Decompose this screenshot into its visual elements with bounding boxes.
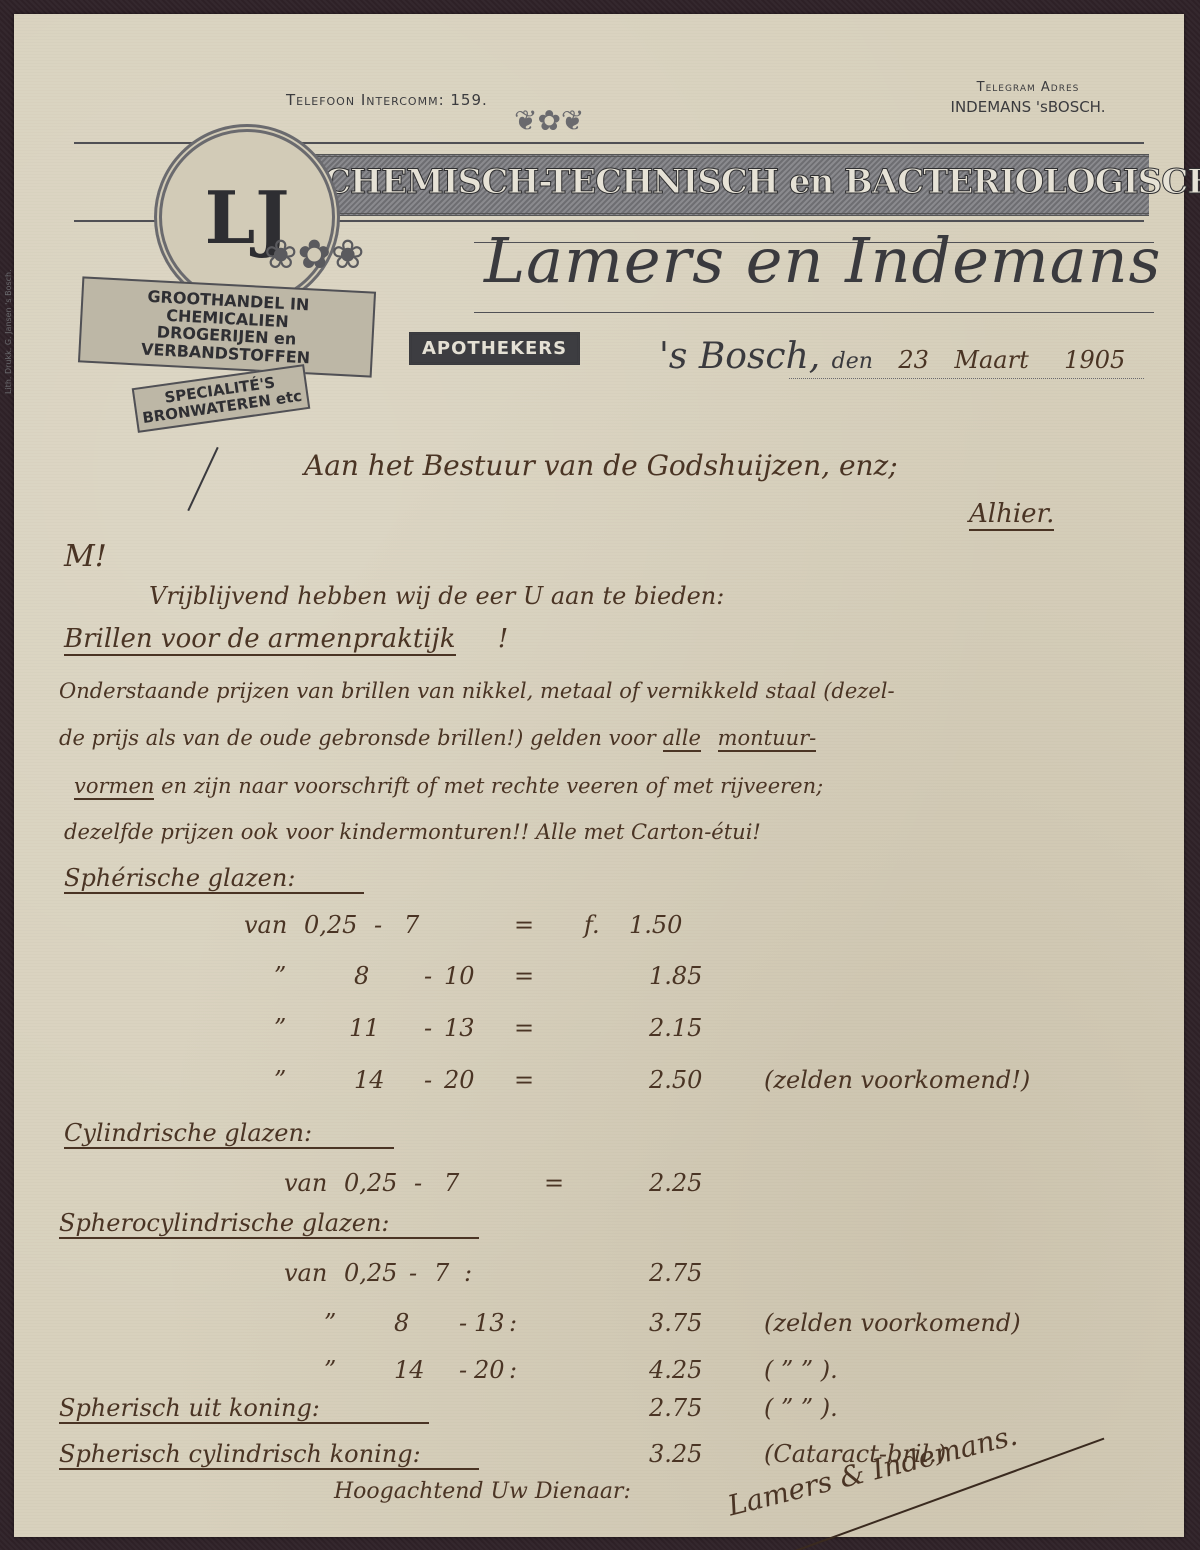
printer-credit: Lith. Drukk. G. Jansen 's Bosch. [4,269,13,394]
salutation: M! [64,539,107,574]
row-note: (zelden voorkomend) [764,1309,1021,1337]
row-to: 7 [444,1169,459,1197]
price-row: ” 8 - 13 : 3.75 (zelden voorkomend) [324,1309,336,1337]
row-price: 3.25 [649,1440,702,1468]
row-to: 20 [444,1066,475,1094]
row-price: 4.25 [649,1356,702,1384]
body-line-6: dezelfde prijzen ook voor kindermonturen… [64,820,761,844]
body-line-4-montuur: montuur- [718,726,817,752]
body-line-4: de prijs als van de oude gebronsde brill… [59,726,816,750]
section-title-cylindrisch: Cylindrische glazen: [64,1119,394,1149]
recipient-line2: Alhier. [969,499,1054,531]
price-row: 2.75 ( ” ” ). [649,1394,702,1422]
currency-symbol: f. [584,911,600,939]
row-from: 14 [354,1066,385,1094]
row-prefix: van [284,1169,327,1197]
dateline-month: Maart [954,346,1028,374]
row-prefix: van [284,1259,327,1287]
price-row: ” 8 - 10 = 1.85 [274,962,286,990]
row-prefix: ” [274,962,286,990]
body-line-3: Onderstaande prijzen van brillen van nik… [59,679,895,703]
row-prefix: ” [324,1309,336,1337]
row-to: 7 [434,1259,449,1287]
row-to: 7 [404,911,419,939]
section-title-spherisch: Sphérische glazen: [64,864,364,894]
section-title-spherisch-koning: Spherisch uit koning: [59,1394,429,1424]
letter-paper: Telefoon Intercomm: 159. Telegram Adres … [14,14,1184,1537]
row-note: (zelden voorkomend!) [764,1066,1030,1094]
row-to: 13 [474,1309,505,1337]
signature: Lamers & Indemans. [724,1419,1020,1523]
body-heading: Brillen voor de armenpraktijk ! [64,624,508,654]
row-from: 0,25 [344,1259,397,1287]
price-row: ” 11 - 13 = 2.15 [274,1014,286,1042]
row-price: 3.75 [649,1309,702,1337]
price-row: ” 14 - 20 = 2.50 (zelden voorkomend!) [274,1066,286,1094]
row-prefix: ” [324,1356,336,1384]
row-from: 8 [394,1309,409,1337]
row-from: 0,25 [304,911,357,939]
body-line-1: Vrijblijvend hebben wij de eer U aan te … [149,582,724,610]
floral-spray-icon: ❦✿❦ [514,104,584,137]
telegram-label: Telegram Adres [918,80,1138,95]
row-from: 0,25 [344,1169,397,1197]
apothekers-label: APOTHEKERS [409,332,580,365]
body-line-5: vormen en zijn naar voorschrift of met r… [74,774,823,798]
row-prefix: ” [274,1014,286,1042]
row-prefix: ” [274,1066,286,1094]
row-from: 11 [349,1014,380,1042]
closing-phrase: Hoogachtend Uw Dienaar: [334,1479,631,1504]
body-line-4-text: de prijs als van de oude gebronsde brill… [59,726,663,750]
row-price: 2.15 [649,1014,702,1042]
row-note: ( ” ” ). [764,1394,838,1422]
row-price: 1.50 [629,911,682,939]
body-line-5-text: en zijn naar voorschrift of met rechte v… [154,774,823,798]
telegram-address: INDEMANS 'sBOSCH. [908,98,1148,116]
body-line-4-alle: alle [663,726,701,752]
dateline-dotted-rule [789,378,1144,379]
row-to: 20 [474,1356,505,1384]
row-price: 2.75 [649,1259,702,1287]
recipient-line1: Aan het Bestuur van de Godshuijzen, enz; [304,449,898,482]
price-row: van 0,25 - 7 = f. 1.50 [244,911,287,939]
row-to: 13 [444,1014,475,1042]
ribbon-wholesale: GROOTHANDEL IN CHEMICALIEN DROGERIJEN en… [78,276,376,378]
row-from: 14 [394,1356,425,1384]
dateline-den: den [832,349,873,374]
row-from: 8 [354,962,369,990]
ribbon-specialties: SPECIALITÉ'S BRONWATEREN etc [132,364,311,433]
row-note: ( ” ” ). [764,1356,838,1384]
row-prefix: van [244,911,287,939]
body-heading-mark: ! [498,624,508,654]
body-heading-text: Brillen voor de armenpraktijk [64,624,456,656]
company-name: Lamers en Indemans [484,224,1161,297]
row-price: 2.50 [649,1066,702,1094]
dateline-day: 23 [898,346,929,374]
price-row: 3.25 (Cataract-bril.) [649,1440,702,1468]
section-title-spherisch-cylindrisch-koning: Spherisch cylindrisch koning: [59,1440,479,1470]
section-title-spherocylindrisch: Spherocylindrische glazen: [59,1209,479,1239]
price-row: ” 14 - 20 : 4.25 ( ” ” ). [324,1356,336,1384]
row-to: 10 [444,962,475,990]
dateline-year: 1905 [1064,346,1125,374]
row-price: 2.75 [649,1394,702,1422]
price-row: van 0,25 - 7 : 2.75 [284,1259,327,1287]
dateline: 's Bosch, den 23 Maart 1905 [659,336,1125,377]
row-price: 1.85 [649,962,702,990]
ribbon-tail [187,447,218,511]
price-row: van 0,25 - 7 = 2.25 [284,1169,327,1197]
laboratory-title: CHEMISCH-TECHNISCH en BACTERIOLOGISCH LA… [324,152,1144,212]
company-rule-bottom [474,312,1154,313]
telephone-number: Telefoon Intercomm: 159. [286,91,488,109]
row-price: 2.25 [649,1169,702,1197]
dateline-place: 's Bosch, [659,336,820,377]
body-line-5-vormen: vormen [74,774,154,800]
